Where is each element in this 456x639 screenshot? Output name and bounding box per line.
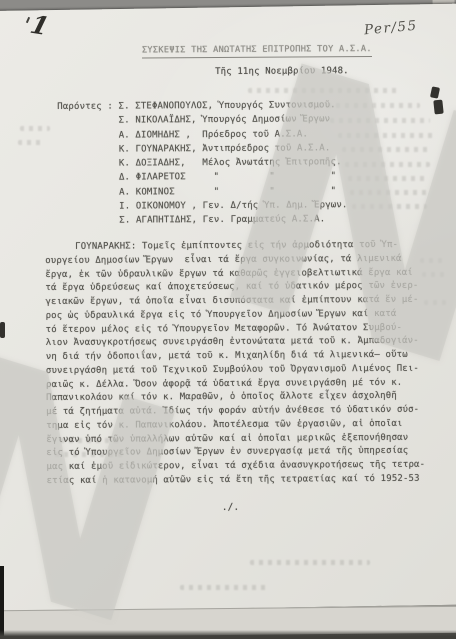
date-line: Τῆς 11ης Νοεμβρίου 1948.: [215, 66, 349, 77]
scan-edge-shadow: [0, 566, 4, 639]
bleedthrough-smudge: [55, 452, 125, 457]
bleedthrough-smudge: [18, 140, 44, 145]
ink-blot: [433, 100, 443, 115]
bleedthrough-smudge: [350, 190, 428, 195]
bleedthrough-smudge: [342, 147, 432, 152]
bleedthrough-smudge: [420, 258, 446, 263]
attendee-row: Α. ΔΙΟΜΗΔΗΣ , Πρόεδρος τοῦ Α.Σ.Α.: [57, 127, 347, 143]
bleedthrough-smudge: [248, 88, 398, 93]
bleedthrough-smudge: [348, 176, 428, 181]
bleedthrough-smudge: [352, 204, 427, 209]
continuation-mark: ./.: [222, 502, 240, 513]
attendees-list: Παρόντες : Σ. ΣΤΕΦΑΝΟΠΟΥΛΟΣ, Ὑπουργός Συ…: [57, 98, 347, 228]
bleedthrough-smudge: [20, 126, 50, 131]
document-title: ΣΥΣΚΕΨΙΣ ΤΗΣ ΑΝΩΤΑΤΗΣ ΕΠΙΤΡΟΠΗΣ ΤΟΥ Α.Σ.…: [142, 44, 372, 58]
attendee-row: Δ. ΦΙΛΑΡΕΤΟΣ " " ": [58, 170, 348, 186]
bleedthrough-smudge: [330, 118, 430, 123]
bottom-shadow: [0, 630, 456, 639]
edge-speck: [0, 322, 5, 338]
paragraph-line: ετίας καί ἡ κατανομή αὐτῶν εἰς τά ἔτη τῆ…: [47, 472, 429, 488]
bleedthrough-smudge: [60, 438, 120, 443]
bleedthrough-smudge: [345, 162, 430, 167]
bleedthrough-smudge: [422, 272, 446, 277]
bleedthrough-smudge: [300, 103, 420, 108]
bleedthrough-smudge: [180, 585, 270, 590]
typed-content-layer: ΣΥΣΚΕΨΙΣ ΤΗΣ ΑΝΩΤΑΤΗΣ ΕΠΙΤΡΟΠΗΣ ΤΟΥ Α.Σ.…: [0, 0, 456, 639]
scanned-document-page: ΣΥΣΚΕΨΙΣ ΤΗΣ ΑΝΩΤΑΤΗΣ ΕΠΙΤΡΟΠΗΣ ΤΟΥ Α.Σ.…: [0, 0, 456, 639]
bleedthrough-smudge: [338, 133, 433, 138]
bleedthrough-smudge: [424, 300, 446, 305]
bleedthrough-smudge: [250, 560, 370, 565]
attendee-row: Σ. ΑΓΑΠΗΤΙΔΗΣ, Γεν. Γραμματεύς Α.Σ.Α.: [58, 213, 348, 229]
attendee-row: Σ. ΝΙΚΟΛΑΪΔΗΣ, Ὑπουργός Δημοσίων Ἔργων: [57, 112, 347, 128]
